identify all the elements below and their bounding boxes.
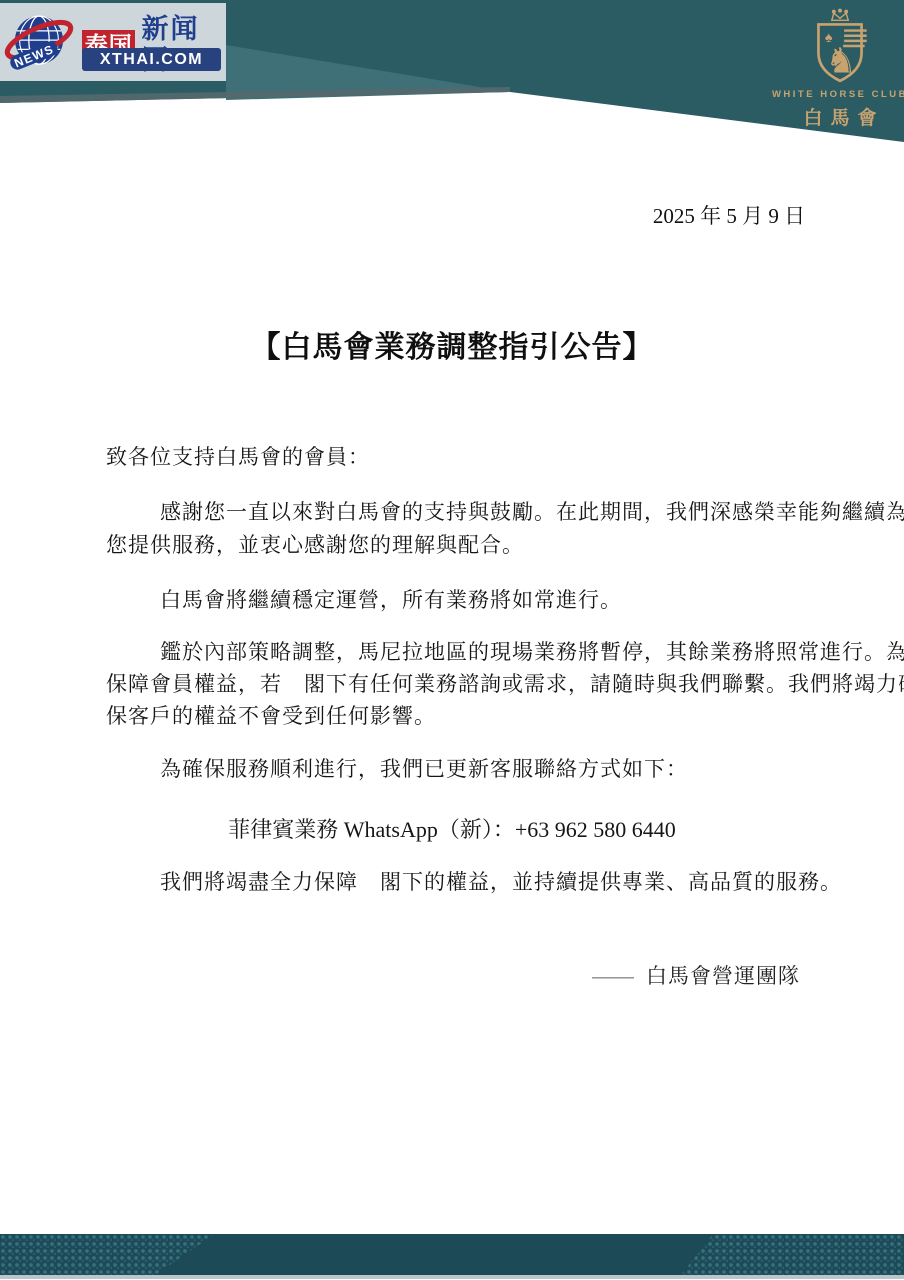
announcement-page: NEWS 泰国 新闻网 XTHAI.COM	[0, 0, 904, 1280]
signature-line: ——白馬會營運團隊	[592, 960, 800, 990]
footer-band	[0, 1234, 904, 1275]
crown-icon	[832, 9, 848, 20]
body-line: 保障會員權益，若 閣下有任何業務諮詢或需求，請隨時與我們聯繫。我們將竭力確	[106, 672, 904, 698]
club-crest: ♠ ♞ WHITE HORSE CLUB 白馬會	[762, 8, 904, 130]
salutation-line: 致各位支持白馬會的會員：	[106, 445, 370, 471]
body-line: 鑑於內部策略調整，馬尼拉地區的現場業務將暫停，其餘業務將照常進行。為	[160, 640, 904, 666]
body-line: 白馬會將繼續穩定運營，所有業務將如常進行。	[160, 588, 622, 614]
globe-news-icon: NEWS	[2, 5, 76, 79]
knight-horse-icon: ♞	[825, 42, 856, 81]
club-name-en: WHITE HORSE CLUB	[762, 89, 904, 100]
body-line: 保客戶的權益不會受到任何影響。	[106, 704, 436, 730]
header-banner: NEWS 泰国 新闻网 XTHAI.COM	[0, 0, 904, 160]
signature-dash: ——	[592, 965, 634, 988]
club-name-cn: 白馬會	[762, 103, 904, 130]
whatsapp-contact-line: 菲律賓業務 WhatsApp（新）：+63 962 580 6440	[0, 813, 904, 844]
signature-team-name: 白馬會營運團隊	[646, 965, 800, 988]
brand-domain: XTHAI.COM	[82, 48, 221, 71]
body-line: 為確保服務順利進行，我們已更新客服聯絡方式如下：	[160, 757, 688, 783]
doc-date: 2025 年 5 月 9 日	[579, 200, 879, 230]
news-site-watermark: NEWS 泰国 新闻网 XTHAI.COM	[0, 3, 226, 81]
body-line: 感謝您一直以來對白馬會的支持與鼓勵。在此期間，我們深感榮幸能夠繼續為	[160, 500, 904, 526]
body-line: 您提供服務，並衷心感謝您的理解與配合。	[106, 533, 524, 559]
body-line: 我們將竭盡全力保障 閣下的權益，並持續提供專業、高品質的服務。	[160, 870, 842, 896]
doc-title: 【白馬會業務調整指引公告】	[0, 322, 904, 366]
footer-bottom-edge	[0, 1275, 904, 1279]
